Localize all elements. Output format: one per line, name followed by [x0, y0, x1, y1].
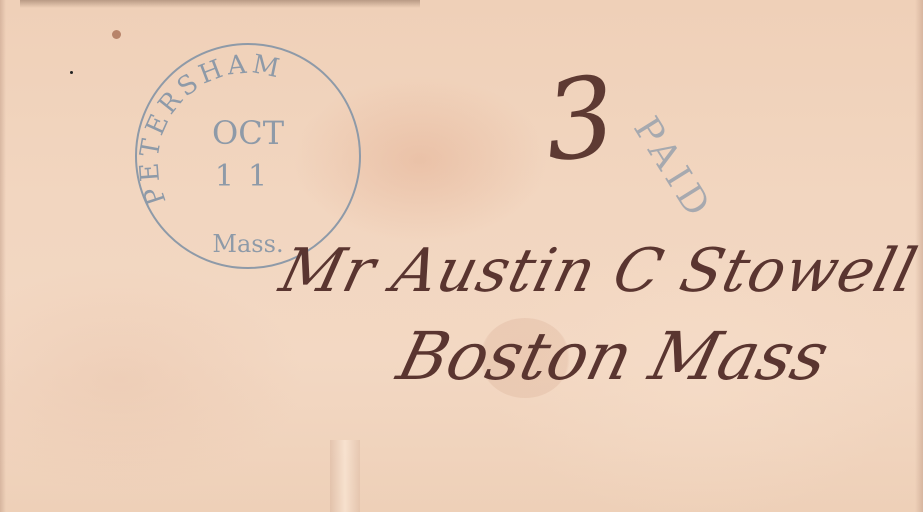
ink-spot — [112, 30, 121, 39]
torn-top-edge — [20, 0, 420, 8]
ink-dot — [70, 71, 73, 74]
address-city: Boston Mass — [390, 318, 836, 395]
postmark-state: Mass. — [212, 230, 283, 258]
addressee-name: Mr Austin C Stowell — [273, 236, 923, 306]
paid-marking: PAID — [625, 110, 720, 228]
postmark-month: OCT — [212, 114, 285, 152]
envelope: PETERSHAM OCT 11 Mass. 3 PAID Mr Austin … — [0, 0, 923, 512]
left-edge — [0, 0, 6, 512]
paper-crease — [330, 440, 360, 512]
rate-marking: 3 — [539, 61, 620, 178]
postmark-day: 11 — [215, 159, 281, 194]
